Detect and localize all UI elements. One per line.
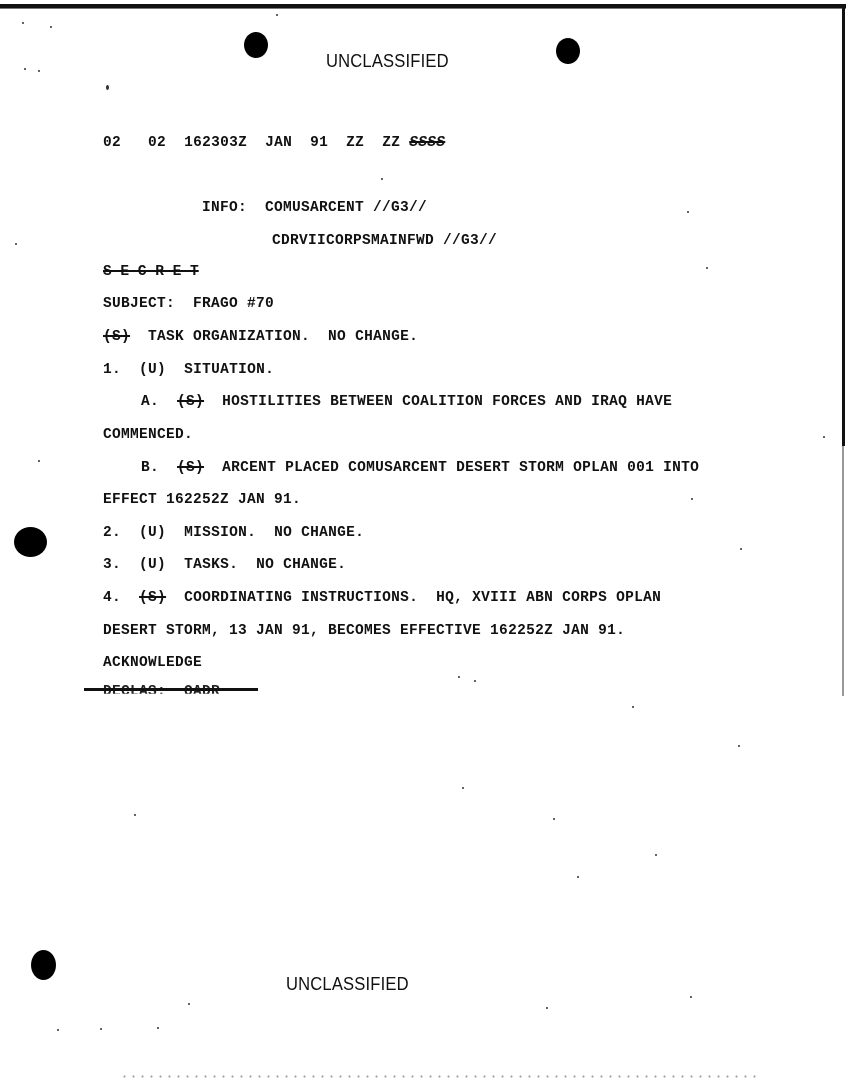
para-2-number: 2. <box>103 525 121 541</box>
scan-speck <box>100 1028 102 1030</box>
scan-speck <box>24 68 26 70</box>
scan-speck <box>687 211 689 213</box>
para-1b-letter: B. <box>141 460 159 476</box>
paragraph-4-line-2: DESERT STORM, 13 JAN 91, BECOMES EFFECTI… <box>103 622 625 640</box>
task-organization-line: (S) TASK ORGANIZATION. NO CHANGE. <box>103 328 418 346</box>
subject-value: FRAGO #70 <box>193 296 274 312</box>
scan-speck <box>462 787 464 789</box>
header-precedence-1: ZZ <box>346 135 364 151</box>
scan-speck <box>276 14 278 16</box>
declassification-strike-bar <box>84 688 258 691</box>
scan-speck <box>553 818 555 820</box>
classification-marking-top: UNCLASSIFIED <box>326 51 449 72</box>
hole-punch-top-right <box>556 38 580 64</box>
para-4-struck-marking: (S) <box>139 590 166 606</box>
scan-speck <box>381 178 383 180</box>
scan-speck <box>50 26 52 28</box>
header-field-1: 02 <box>103 135 121 151</box>
scan-speck <box>738 745 740 747</box>
paragraph-1-heading: 1. (U) SITUATION. <box>103 361 274 379</box>
right-border-rule-fade <box>842 446 844 696</box>
scan-speck <box>706 267 708 269</box>
scan-speck <box>38 460 40 462</box>
scan-speck <box>22 22 24 24</box>
scan-speck <box>740 548 742 550</box>
para-1a-letter: A. <box>141 394 159 410</box>
header-struck-marking: SSSS <box>409 135 445 151</box>
header-field-2: 02 <box>148 135 166 151</box>
paragraph-4-line-1: 4. (S) COORDINATING INSTRUCTIONS. HQ, XV… <box>103 589 661 607</box>
scan-speck <box>823 436 825 438</box>
scan-noise-row <box>120 1075 760 1078</box>
para-1-text: SITUATION. <box>184 362 274 378</box>
para-3-text: TASKS. NO CHANGE. <box>184 557 346 573</box>
scan-speck <box>655 854 657 856</box>
hole-punch-left-middle <box>14 527 47 557</box>
paragraph-3: 3. (U) TASKS. NO CHANGE. <box>103 556 346 574</box>
subject-line: SUBJECT: FRAGO #70 <box>103 295 274 313</box>
scan-speck <box>134 814 136 816</box>
scan-speck <box>690 996 692 998</box>
scan-speck <box>632 706 634 708</box>
classification-marking-bottom: UNCLASSIFIED <box>286 974 409 995</box>
header-dtg: 162303Z <box>184 135 247 151</box>
scan-speck <box>546 1007 548 1009</box>
right-border-rule <box>842 6 845 446</box>
scan-speck <box>458 676 460 678</box>
task-org-struck-marking: (S) <box>103 329 130 345</box>
scan-speck <box>38 70 40 72</box>
paragraph-2: 2. (U) MISSION. NO CHANGE. <box>103 524 364 542</box>
scan-speck <box>106 85 109 90</box>
scan-speck <box>577 876 579 878</box>
scan-speck <box>691 498 693 500</box>
info-addressee-1: COMUSARCENT //G3// <box>265 200 427 216</box>
para-1a-struck-marking: (S) <box>177 394 204 410</box>
task-org-text: TASK ORGANIZATION. NO CHANGE. <box>148 329 418 345</box>
header-precedence-2: ZZ <box>382 135 400 151</box>
subject-label: SUBJECT: <box>103 296 175 312</box>
header-year: 91 <box>310 135 328 151</box>
header-month: JAN <box>265 135 292 151</box>
para-3-marking: (U) <box>139 557 166 573</box>
para-1-number: 1. <box>103 362 121 378</box>
paragraph-1b-line-2: EFFECT 162252Z JAN 91. <box>103 491 301 509</box>
paragraph-1a-line-1: A. (S) HOSTILITIES BETWEEN COALITION FOR… <box>141 393 672 411</box>
info-line-1: INFO: COMUSARCENT //G3// <box>202 199 427 217</box>
scan-speck <box>157 1027 159 1029</box>
para-2-text: MISSION. NO CHANGE. <box>184 525 364 541</box>
para-2-marking: (U) <box>139 525 166 541</box>
info-addressee-2: CDRVIICORPSMAINFWD //G3// <box>272 233 497 249</box>
para-3-number: 3. <box>103 557 121 573</box>
para-1b-text-1: ARCENT PLACED COMUSARCENT DESERT STORM O… <box>222 460 699 476</box>
top-border-rule-thin <box>0 8 846 9</box>
para-4-text-1: COORDINATING INSTRUCTIONS. HQ, XVIII ABN… <box>184 590 661 606</box>
info-label: INFO: <box>202 200 247 216</box>
struck-classification-secret: S E C R E T <box>103 263 199 281</box>
scan-speck <box>57 1029 59 1031</box>
hole-punch-bottom-left <box>31 950 56 980</box>
scan-speck <box>188 1003 190 1005</box>
declassification-line-struck: DECLAS: OADR <box>103 683 220 701</box>
acknowledge-line: ACKNOWLEDGE <box>103 654 202 672</box>
paragraph-1b-line-1: B. (S) ARCENT PLACED COMUSARCENT DESERT … <box>141 459 699 477</box>
para-4-number: 4. <box>103 590 121 606</box>
para-1b-struck-marking: (S) <box>177 460 204 476</box>
hole-punch-top-left <box>244 32 268 58</box>
info-line-2: CDRVIICORPSMAINFWD //G3// <box>272 232 497 250</box>
paragraph-1a-line-2: COMMENCED. <box>103 426 193 444</box>
message-header-line: 02 02 162303Z JAN 91 ZZ ZZ SSSS <box>103 134 445 152</box>
para-1a-text-1: HOSTILITIES BETWEEN COALITION FORCES AND… <box>222 394 672 410</box>
para-1-marking: (U) <box>139 362 166 378</box>
scan-speck <box>15 243 17 245</box>
scan-speck <box>474 680 476 682</box>
